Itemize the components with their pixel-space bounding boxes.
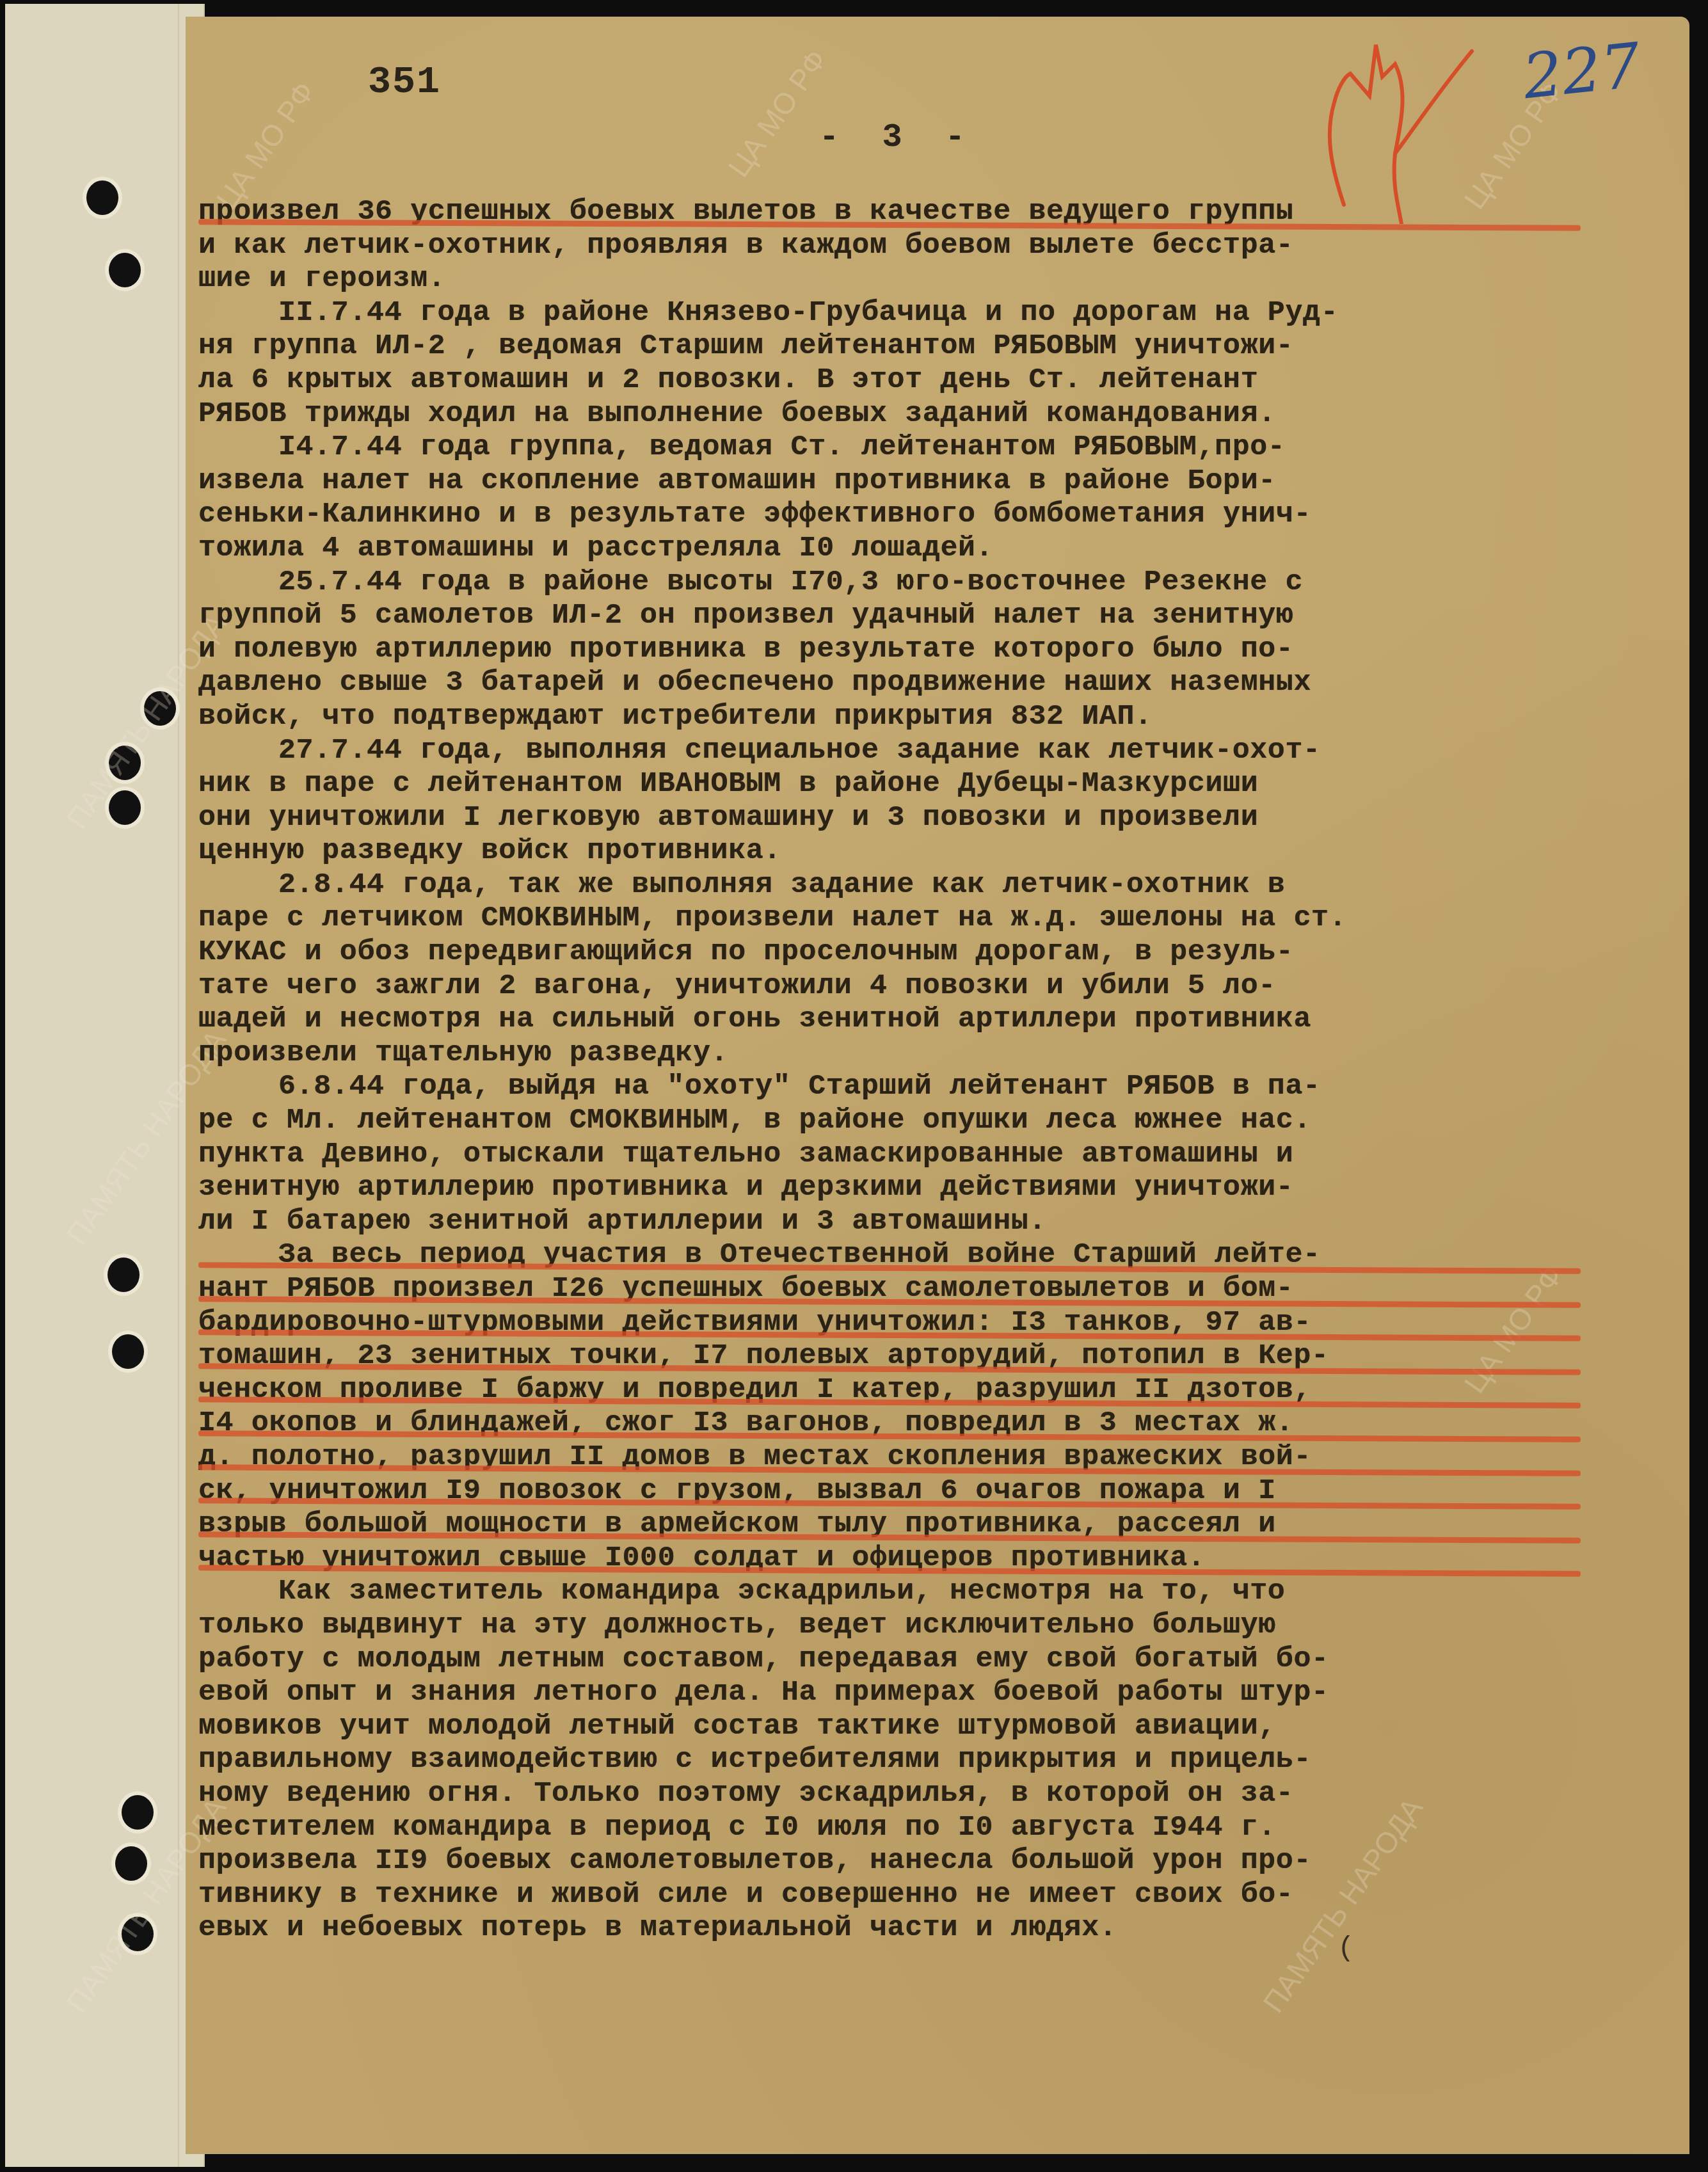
text-line: войск, что подтверждают истребители прик… bbox=[198, 700, 1606, 734]
punch-hole-icon bbox=[109, 746, 141, 780]
text-line: сеньки-Калинкино и в результате эффектив… bbox=[198, 498, 1606, 532]
punch-hole-icon bbox=[122, 1917, 154, 1951]
text-line: тивнику в технике и живой силе и соверше… bbox=[198, 1878, 1606, 1912]
text-line: и как летчик-охотник, проявляя в каждом … bbox=[198, 229, 1606, 263]
text-line: нант РЯБОВ произвел I26 успешных боевых … bbox=[198, 1272, 1606, 1306]
punch-hole-icon bbox=[122, 1795, 154, 1830]
text-line: мовиков учит молодой летный состав такти… bbox=[198, 1710, 1606, 1744]
text-line: паре с летчиком СМОКВИНЫМ, произвели нал… bbox=[198, 902, 1606, 936]
text-line: местителем командира в период с I0 июля … bbox=[198, 1811, 1606, 1845]
text-line: Как заместитель командира эскадрильи, не… bbox=[198, 1575, 1606, 1609]
text-line: За весь период участия в Отечественной в… bbox=[198, 1238, 1606, 1272]
text-line: ник в паре с лейтенантом ИВАНОВЫМ в райо… bbox=[198, 767, 1606, 801]
text-line: они уничтожили I легковую автомашину и 3… bbox=[198, 801, 1606, 835]
text-line: ли I батарею зенитной артиллерии и 3 авт… bbox=[198, 1205, 1606, 1239]
text-line: шадей и несмотря на сильный огонь зенитн… bbox=[198, 1003, 1606, 1037]
text-line: ня группа ИЛ-2 , ведомая Старшим лейтена… bbox=[198, 330, 1606, 363]
text-line: работу с молодым летным составом, переда… bbox=[198, 1643, 1606, 1677]
text-line: частью уничтожил свыше I000 солдат и офи… bbox=[198, 1542, 1606, 1576]
text-line: II.7.44 года в районе Князево-Грубачица … bbox=[198, 296, 1606, 330]
text-line: и полевую артиллерию противника в резуль… bbox=[198, 633, 1606, 667]
text-line: тате чего зажгли 2 вагона, уничтожили 4 … bbox=[198, 970, 1606, 1003]
text-line: ченском проливе I баржу и повредил I кат… bbox=[198, 1373, 1606, 1407]
punch-hole-icon bbox=[144, 691, 176, 726]
text-line: бардировочно-штурмовыми действиями уничт… bbox=[198, 1306, 1606, 1340]
text-line: группой 5 самолетов ИЛ-2 он произвел уда… bbox=[198, 599, 1606, 633]
text-line: ла 6 крытых автомашин и 2 повозки. В это… bbox=[198, 363, 1606, 397]
text-line: 2.8.44 года, так же выполняя задание как… bbox=[198, 868, 1606, 902]
document-body: произвел 36 успешных боевых вылетов в ка… bbox=[198, 195, 1606, 1945]
punch-hole-icon bbox=[115, 1846, 147, 1881]
punch-hole-icon bbox=[86, 180, 118, 215]
stray-typed-mark: ( bbox=[1337, 1933, 1354, 1965]
text-line: ск, уничтожил I9 повозок с грузом, вызва… bbox=[198, 1474, 1606, 1508]
text-line: пункта Девино, отыскали тщательно замаск… bbox=[198, 1138, 1606, 1172]
text-line: д. полотно, разрушил II домов в местах с… bbox=[198, 1441, 1606, 1474]
text-line: произвел 36 успешных боевых вылетов в ка… bbox=[198, 195, 1606, 229]
punch-hole-icon bbox=[112, 1334, 144, 1369]
archive-number: 351 bbox=[368, 61, 441, 104]
text-line: произвела II9 боевых самолетовылетов, на… bbox=[198, 1844, 1606, 1878]
punch-hole-icon bbox=[108, 1258, 140, 1292]
text-line: ному ведению огня. Только поэтому эскадр… bbox=[198, 1777, 1606, 1811]
text-line: давлено свыше 3 батарей и обеспечено про… bbox=[198, 666, 1606, 700]
text-line: евой опыт и знания летного дела. На прим… bbox=[198, 1676, 1606, 1710]
text-line: взрыв большой мощности в армейском тылу … bbox=[198, 1508, 1606, 1542]
text-line: томашин, 23 зенитных точки, I7 полевых а… bbox=[198, 1339, 1606, 1373]
binding-margin-strip bbox=[5, 4, 205, 2167]
text-line: произвели тщательную разведку. bbox=[198, 1037, 1606, 1071]
text-line: КУКАС и обоз передвигающийся по проселоч… bbox=[198, 936, 1606, 970]
text-line: 27.7.44 года, выполняя специальное задан… bbox=[198, 734, 1606, 768]
text-line: ценную разведку войск противника. bbox=[198, 834, 1606, 868]
text-line: тожила 4 автомашины и расстреляла I0 лош… bbox=[198, 532, 1606, 566]
text-line: шие и героизм. bbox=[198, 262, 1606, 296]
punch-hole-icon bbox=[109, 790, 141, 825]
punch-hole-icon bbox=[109, 253, 141, 287]
text-line: 6.8.44 года, выйдя на "охоту" Старший ле… bbox=[198, 1070, 1606, 1104]
handwritten-sheet-number: 227 bbox=[1520, 29, 1644, 113]
text-line: I4.7.44 года группа, ведомая Ст. лейтена… bbox=[198, 431, 1606, 465]
text-line: евых и небоевых потерь в материальной ча… bbox=[198, 1912, 1606, 1945]
text-line: только выдвинут на эту должность, ведет … bbox=[198, 1609, 1606, 1643]
text-line: I4 окопов и блиндажей, сжог I3 вагонов, … bbox=[198, 1407, 1606, 1441]
text-line: извела налет на скопление автомашин прот… bbox=[198, 465, 1606, 499]
text-line: РЯБОВ трижды ходил на выполнение боевых … bbox=[198, 397, 1606, 431]
page-number: - 3 - bbox=[819, 118, 977, 156]
text-line: 25.7.44 года в районе высоты I70,3 юго-в… bbox=[198, 566, 1606, 600]
text-line: правильному взаимодействию с истребителя… bbox=[198, 1743, 1606, 1777]
text-line: зенитную артиллерию противника и дерзким… bbox=[198, 1171, 1606, 1205]
margin-fold-line bbox=[178, 4, 179, 2167]
text-line: ре с Мл. лейтенантом СМОКВИНЫМ, в районе… bbox=[198, 1104, 1606, 1138]
